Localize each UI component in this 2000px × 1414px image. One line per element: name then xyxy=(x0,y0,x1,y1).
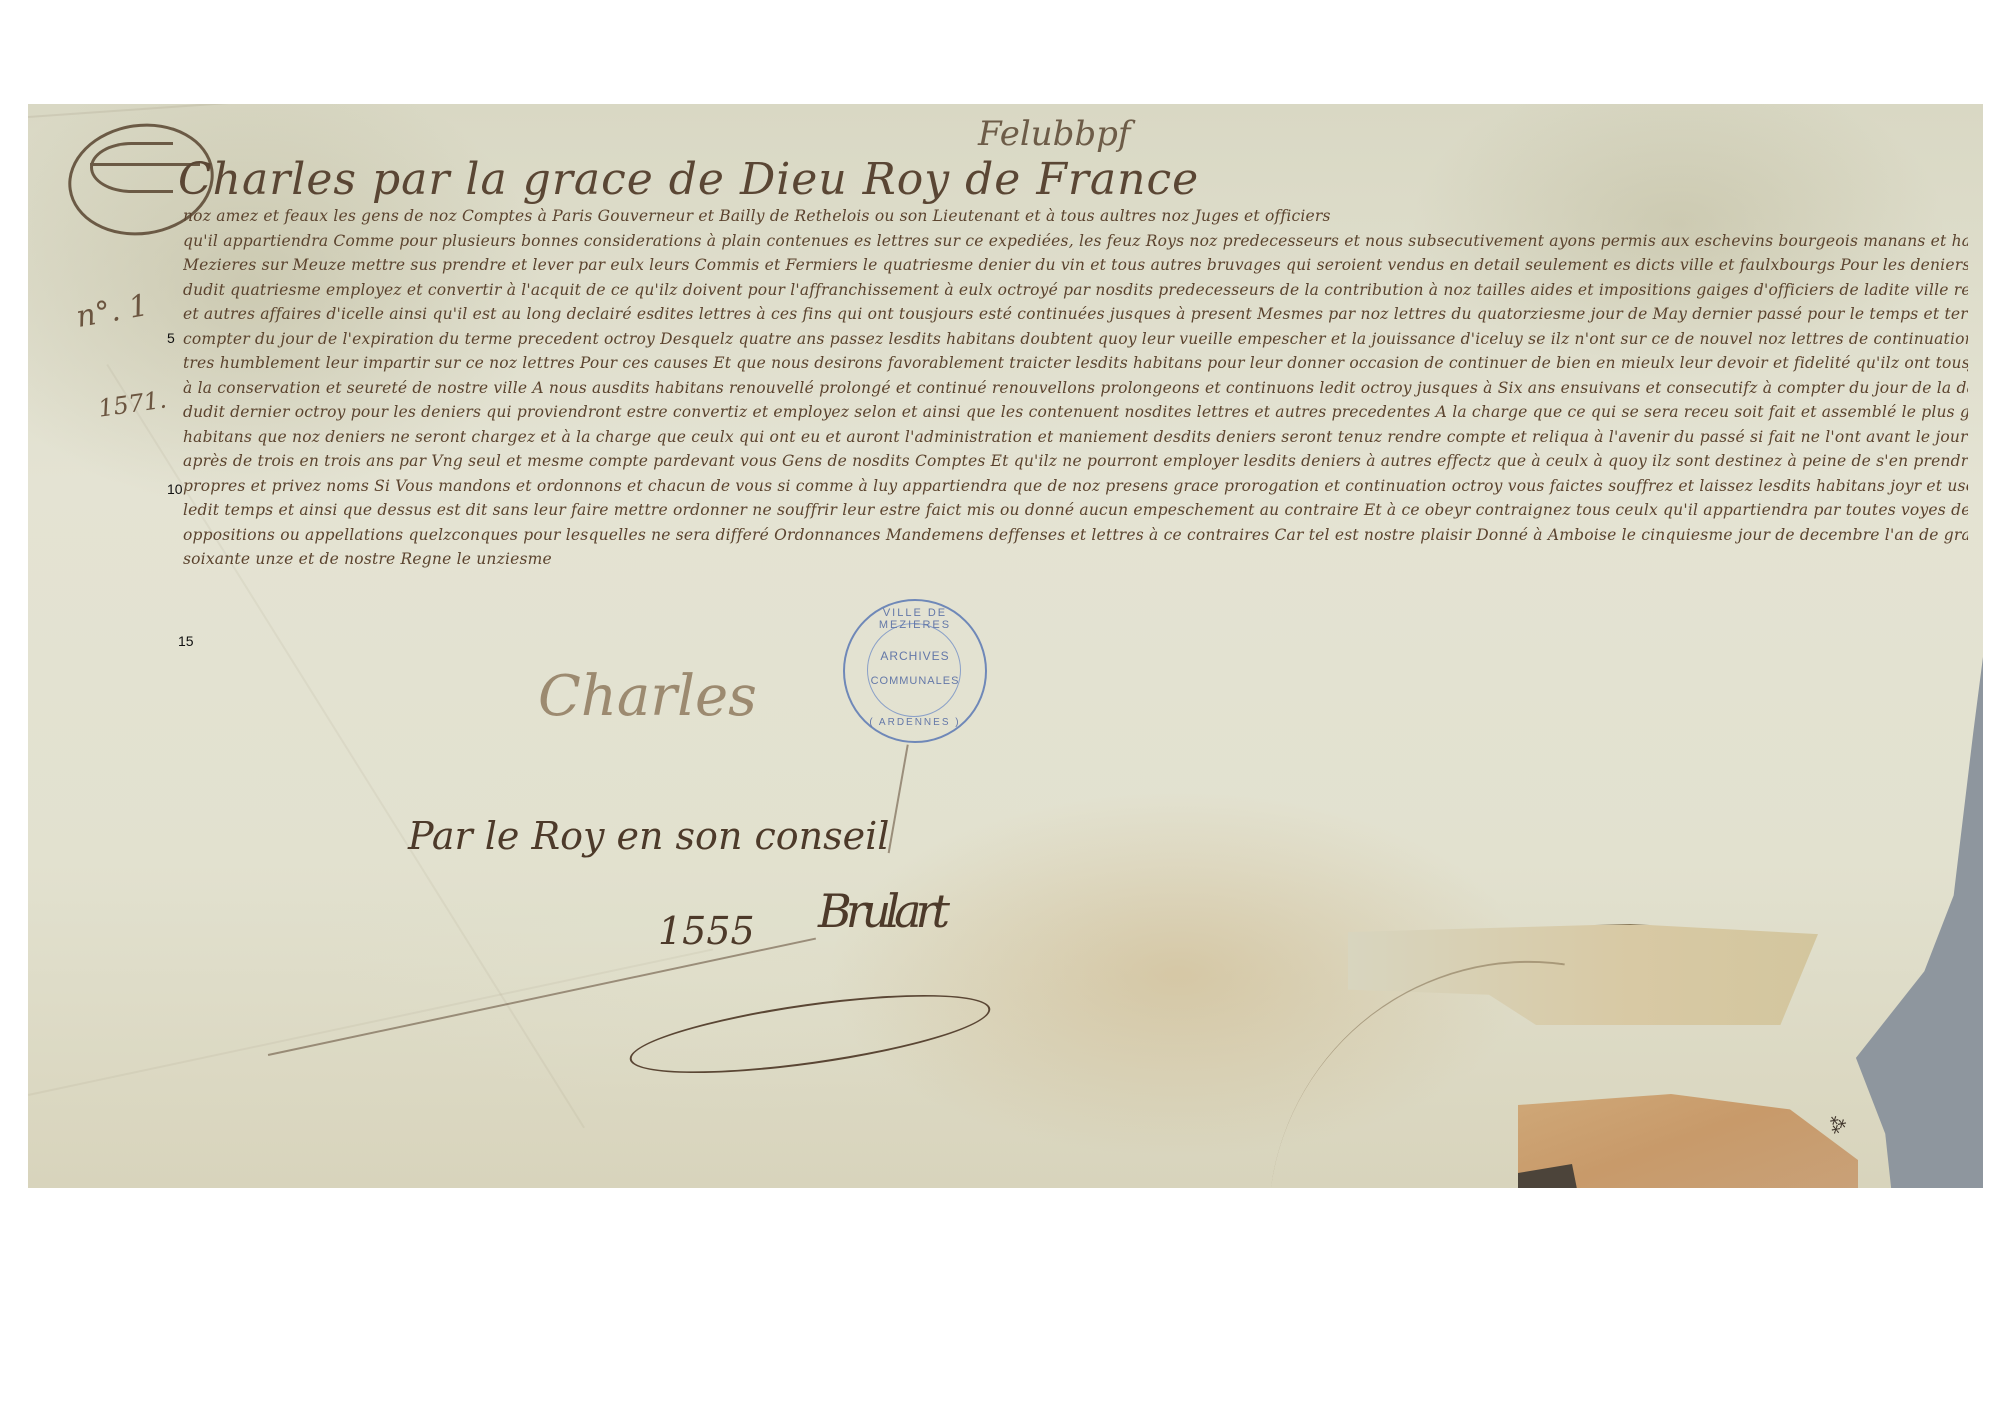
decorated-initial-loop xyxy=(90,142,173,193)
stamp-ring-text: VILLE DE MEZIERES xyxy=(845,607,985,631)
registration-year: 1555 xyxy=(658,909,755,953)
stamp-inner-ring xyxy=(867,623,961,717)
top-annotation: Felubbpf xyxy=(978,114,1131,154)
text-line: habitans que noz deniers ne seront charg… xyxy=(183,425,1968,450)
text-line: dudit quatriesme employez et convertir à… xyxy=(183,278,1968,303)
letter-body: noz amez et feaux les gens de noz Compte… xyxy=(183,204,1968,572)
text-line: compter du jour de l'expiration du terme… xyxy=(183,327,1968,352)
line-number-10: 10 xyxy=(167,481,183,497)
stamp-center-text: ARCHIVES xyxy=(845,649,985,663)
dorsal-note: ⁂ xyxy=(1825,1114,1849,1135)
king-signature: Charles xyxy=(538,664,757,729)
text-line: propres et privez noms Si Vous mandons e… xyxy=(183,474,1968,499)
manuscript-scan: Charles par la grace de Dieu Roy de Fran… xyxy=(28,104,1983,1188)
line-number-15: 15 xyxy=(178,633,194,649)
countersignature: Par le Roy en son conseil xyxy=(408,814,889,858)
text-line: soixante unze et de nostre Regne le unzi… xyxy=(183,547,1968,572)
text-line: noz amez et feaux les gens de noz Compte… xyxy=(183,204,1968,229)
text-line: après de trois en trois ans par Vng seul… xyxy=(183,449,1968,474)
archive-stamp: VILLE DE MEZIERES ARCHIVES COMMUNALES ( … xyxy=(843,599,987,743)
text-line: à la conservation et seureté de nostre v… xyxy=(183,376,1968,401)
text-line: dudit dernier octroy pour les deniers qu… xyxy=(183,400,1968,425)
text-line: ledit temps et ainsi que dessus est dit … xyxy=(183,498,1968,523)
secretary-signature: Brulart xyxy=(818,884,944,938)
letter-heading: Charles par la grace de Dieu Roy de Fran… xyxy=(178,154,1199,205)
text-line: tres humblement leur impartir sur ce noz… xyxy=(183,351,1968,376)
text-line: qu'il appartiendra Comme pour plusieurs … xyxy=(183,229,1968,254)
text-line: oppositions ou appellations quelzconques… xyxy=(183,523,1968,548)
stamp-bottom-text: ( ARDENNES ) xyxy=(845,717,985,728)
stamp-center-text: COMMUNALES xyxy=(845,675,985,687)
text-line: et autres affaires d'icelle ainsi qu'il … xyxy=(183,302,1968,327)
line-number-5: 5 xyxy=(167,330,175,346)
text-line: Mezieres sur Meuze mettre sus prendre et… xyxy=(183,253,1968,278)
